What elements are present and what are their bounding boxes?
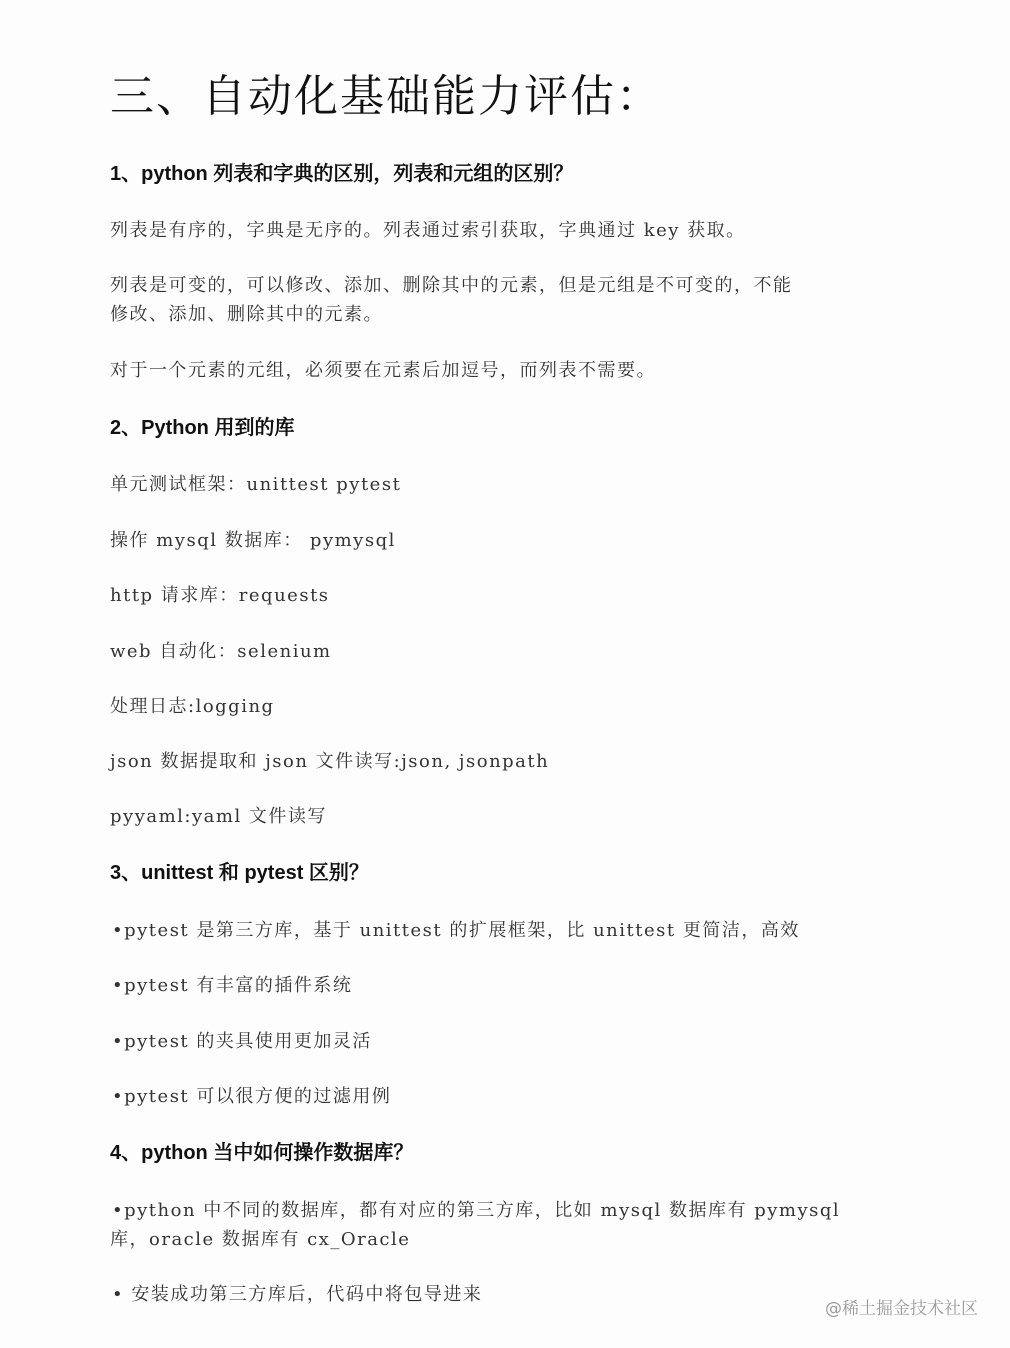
paragraph: 对于一个元素的元组，必须要在元素后加逗号，而列表不需要。 <box>110 356 656 382</box>
paragraph: 列表是可变的，可以修改、添加、删除其中的元素，但是元组是不可变的，不能 <box>110 271 793 297</box>
page-title: 三、自动化基础能力评估： <box>110 60 662 124</box>
paragraph: 列表是有序的，字典是无序的。列表通过索引获取，字典通过 key 获取。 <box>110 216 746 242</box>
bullet-item: •pytest 的夹具使用更加灵活 <box>112 1027 372 1053</box>
list-item: 单元测试框架：unittest pytest <box>110 470 401 496</box>
bullet-item: •pytest 有丰富的插件系统 <box>112 971 352 997</box>
bullet-item: • 安装成功第三方库后，代码中将包导进来 <box>112 1280 482 1306</box>
list-item: 处理日志:logging <box>110 692 275 718</box>
watermark: @稀土掘金技术社区 <box>825 1294 978 1319</box>
bullet-item: •pytest 可以很方便的过滤用例 <box>112 1082 391 1108</box>
list-item: web 自动化：selenium <box>110 637 332 663</box>
list-item: 操作 mysql 数据库： pymysql <box>110 526 396 552</box>
list-item: json 数据提取和 json 文件读写:json, jsonpath <box>110 747 549 773</box>
section-heading-1: 1、python 列表和字典的区别，列表和元组的区别？ <box>110 157 573 186</box>
bullet-item: •pytest 是第三方库，基于 unittest 的扩展框架，比 unitte… <box>112 916 800 942</box>
list-item: http 请求库：requests <box>110 581 330 607</box>
bullet-item-continued: 库，oracle 数据库有 cx_Oracle <box>110 1225 410 1251</box>
section-heading-3: 3、unittest 和 pytest 区别？ <box>110 856 369 885</box>
section-heading-4: 4、python 当中如何操作数据库？ <box>110 1136 413 1165</box>
bullet-item: •python 中不同的数据库，都有对应的第三方库，比如 mysql 数据库有 … <box>112 1196 840 1222</box>
section-heading-2: 2、Python 用到的库 <box>110 411 294 440</box>
list-item: pyyaml:yaml 文件读写 <box>110 802 327 828</box>
paragraph: 修改、添加、删除其中的元素。 <box>110 300 383 326</box>
